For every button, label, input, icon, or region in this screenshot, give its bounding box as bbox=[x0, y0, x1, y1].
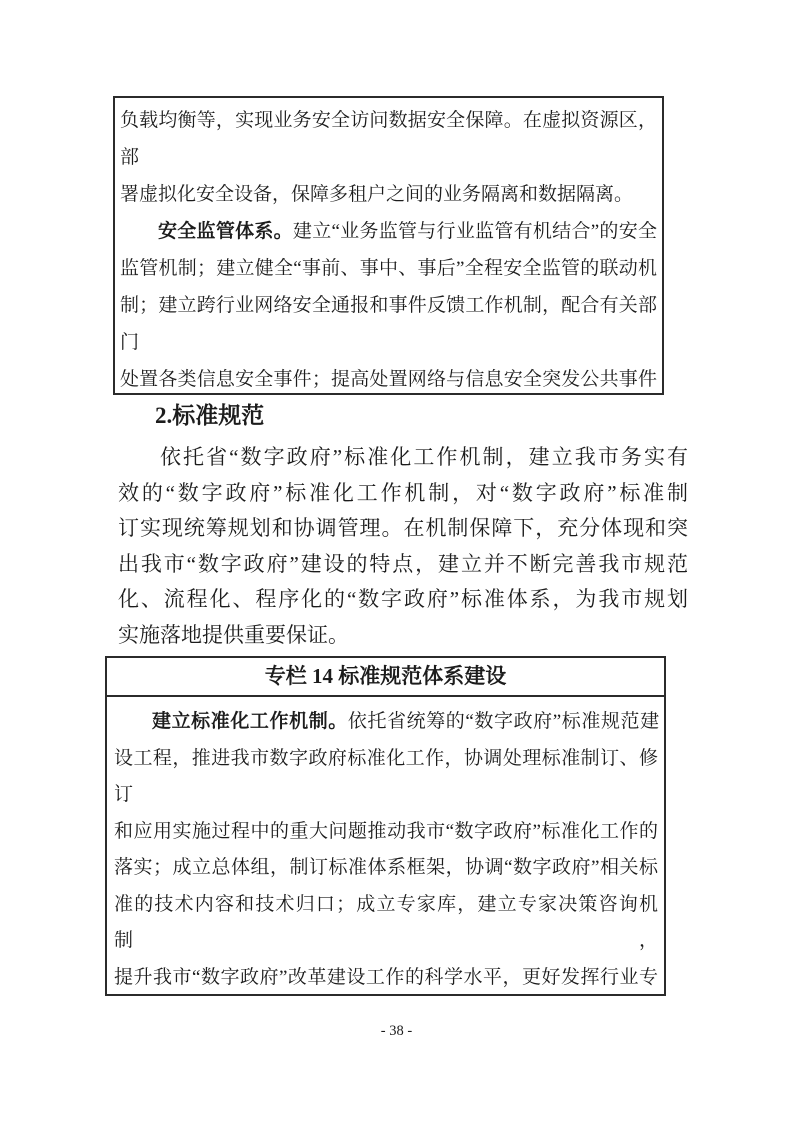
bold-lead-text: 建立标准化工作机制。 bbox=[152, 711, 348, 732]
column-14-box: 专栏 14 标准规范体系建设 建立标准化工作机制。依托省统筹的“数字政府”标准规… bbox=[105, 656, 666, 996]
text-line: 处置各类信息安全事件；提高处置网络与信息安全突发公共事件能 bbox=[120, 361, 657, 395]
text-line: 负载均衡等，实现业务安全访问数据安全保障。在虚拟资源区，部 bbox=[120, 102, 657, 176]
text-line: 安全监管体系。建立“业务监管与行业监管有机结合”的安全 bbox=[120, 213, 657, 250]
text-line: 落实；成立总体组，制订标准体系框架，协调“数字政府”相关标 bbox=[114, 850, 658, 887]
text-line: 署虚拟化安全设备，保障多租户之间的业务隔离和数据隔离。 bbox=[120, 176, 657, 213]
standards-paragraph: 依托省“数字政府”标准化工作机制，建立我市务实有效的“数字政府”标准化工作机制，… bbox=[118, 440, 688, 654]
column-box-title: 专栏 14 标准规范体系建设 bbox=[107, 658, 664, 697]
security-supervision-box: 负载均衡等，实现业务安全访问数据安全保障。在虚拟资源区，部署虚拟化安全设备，保障… bbox=[113, 96, 664, 395]
text-line: 提升我市“数字政府”改革建设工作的科学水平，更好发挥行业专 bbox=[114, 960, 658, 997]
text-line: 订实现统筹规划和协调管理。在机制保障下，充分体现和突 bbox=[118, 511, 688, 547]
bold-lead-text: 安全监管体系。 bbox=[158, 221, 293, 242]
text-line: 出我市“数字政府”建设的特点，建立并不断完善我市规范 bbox=[118, 547, 688, 583]
text-line: 设工程，推进我市数字政府标准化工作，协调处理标准制订、修订 bbox=[114, 741, 658, 814]
text-line: 依托省“数字政府”标准化工作机制，建立我市务实有 bbox=[118, 440, 688, 476]
text-line: 和应用实施过程中的重大问题推动我市“数字政府”标准化工作的 bbox=[114, 814, 658, 851]
text-line: 准的技术内容和技术归口；成立专家库，建立专家决策咨询机制， bbox=[114, 887, 658, 960]
text-line: 化、流程化、程序化的“数字政府”标准体系，为我市规划 bbox=[118, 582, 688, 618]
text-line: 建立标准化工作机制。依托省统筹的“数字政府”标准规范建 bbox=[114, 704, 658, 741]
text-line: 制；建立跨行业网络安全通报和事件反馈工作机制，配合有关部门 bbox=[120, 287, 657, 361]
section-heading: 2.标准规范 bbox=[155, 402, 264, 430]
text-line: 效的“数字政府”标准化工作机制，对“数字政府”标准制 bbox=[118, 476, 688, 512]
text-line: 实施落地提供重要保证。 bbox=[118, 618, 688, 654]
text-line: 监管机制；建立健全“事前、事中、事后”全程安全监管的联动机 bbox=[120, 250, 657, 287]
column-box-body: 建立标准化工作机制。依托省统筹的“数字政府”标准规范建设工程，推进我市数字政府标… bbox=[107, 697, 664, 996]
page-number: - 38 - bbox=[0, 1022, 793, 1040]
